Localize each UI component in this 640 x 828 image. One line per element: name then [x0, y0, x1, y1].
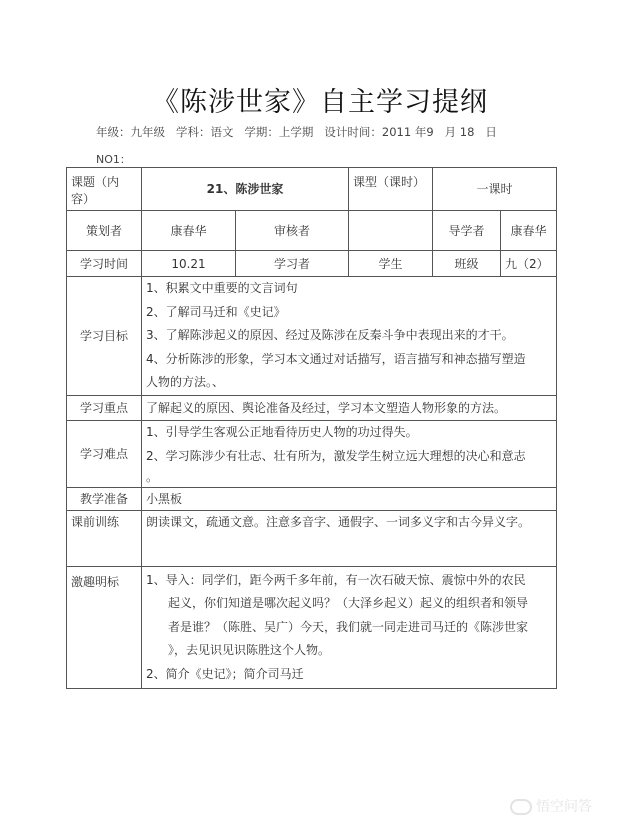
wukong-logo-icon	[510, 799, 532, 815]
difficulty-item: 2、学习陈涉少有壮志、壮有所为，激发学生树立远大理想的决心和意志	[146, 445, 552, 469]
time-value: 10.21	[142, 251, 236, 277]
goals-label: 学习目标	[67, 277, 142, 396]
difficulty-label: 学习难点	[67, 420, 142, 487]
motivate-item: 1、导入：同学们，距今两千多年前，有一次石破天惊、震惊中外的农民	[146, 569, 552, 593]
topic-value: 21、陈涉世家	[142, 168, 349, 211]
document-title: 《陈涉世家》自主学习提纲	[0, 80, 640, 119]
goal-item: 2、了解司马迁和《史记》	[146, 301, 552, 325]
table-row: 教学准备 小黑板	[67, 487, 557, 510]
difficulty-content: 1、引导学生客观公正地看待历史人物的功过得失。 2、学习陈涉少有壮志、壮有所为，…	[142, 420, 557, 487]
class-label: 班级	[433, 251, 501, 277]
table-row: 学习难点 1、引导学生客观公正地看待历史人物的功过得失。 2、学习陈涉少有壮志、…	[67, 420, 557, 487]
type-value: 一课时	[433, 168, 557, 211]
pretrain-label: 课前训练	[67, 510, 142, 566]
prep-label: 教学准备	[67, 487, 142, 510]
topic-label: 课题（内容）	[67, 168, 142, 211]
motivate-item: 》，去见识见识陈胜这个人物。	[146, 639, 552, 663]
number-label: NO1：	[96, 151, 131, 167]
learner-label: 学习者	[236, 251, 349, 277]
difficulty-item: 。	[146, 468, 552, 486]
table-row: 课题（内容） 21、陈涉世家 课型（课时） 一课时	[67, 168, 557, 211]
prep-value: 小黑板	[142, 487, 557, 510]
motivate-item: 起义，你们知道是哪次起义吗？（大泽乡起义）起义的组织者和领导	[146, 592, 552, 616]
lesson-plan-table: 课题（内容） 21、陈涉世家 课型（课时） 一课时 策划者 康春华 审核者 导学…	[66, 167, 557, 689]
motivate-content: 1、导入：同学们，距今两千多年前，有一次石破天惊、震惊中外的农民 起义，你们知道…	[142, 566, 557, 688]
table-row: 策划者 康春华 审核者 导学者 康春华	[67, 211, 557, 251]
motivate-item: 2、简介《史记》；简介司马迁	[146, 663, 552, 687]
guide-value: 康春华	[501, 211, 557, 251]
focus-value: 了解起义的原因、舆论准备及经过，学习本文塑造人物形象的方法。	[142, 395, 557, 420]
difficulty-item: 1、引导学生客观公正地看待历史人物的功过得失。	[146, 421, 552, 445]
goal-item: 4、分析陈涉的形象，学习本文通过对话描写，语言描写和神态描写塑造	[146, 348, 552, 372]
guide-label: 导学者	[433, 211, 501, 251]
goal-item: 人物的方法。、	[146, 371, 552, 395]
goal-item: 3、了解陈涉起义的原因、经过及陈涉在反秦斗争中表现出来的才干。	[146, 324, 552, 348]
table-row: 课前训练 朗读课文，疏通文意。注意多音字、通假字、一词多义字和古今异义字。	[67, 510, 557, 566]
type-label: 课型（课时）	[349, 168, 433, 211]
meta-line: 年级：九年级 学科：语文 学期：上学期 设计时间：2011 年9 月 18 日	[96, 124, 497, 140]
pretrain-value: 朗读课文，疏通文意。注意多音字、通假字、一词多义字和古今异义字。	[142, 510, 557, 566]
table-row: 学习重点 了解起义的原因、舆论准备及经过，学习本文塑造人物形象的方法。	[67, 395, 557, 420]
goal-item: 1、积累文中重要的文言词句	[146, 277, 552, 301]
reviewer-value	[349, 211, 433, 251]
reviewer-label: 审核者	[236, 211, 349, 251]
watermark: 悟空问答	[510, 796, 592, 816]
goals-content: 1、积累文中重要的文言词句 2、了解司马迁和《史记》 3、了解陈涉起义的原因、经…	[142, 277, 557, 396]
planner-value: 康春华	[142, 211, 236, 251]
table-row: 学习目标 1、积累文中重要的文言词句 2、了解司马迁和《史记》 3、了解陈涉起义…	[67, 277, 557, 396]
focus-label: 学习重点	[67, 395, 142, 420]
motivate-item: 者是谁？（陈胜、吴广）今天，我们就一同走进司马迁的《陈涉世家	[146, 616, 552, 640]
time-label: 学习时间	[67, 251, 142, 277]
planner-label: 策划者	[67, 211, 142, 251]
learner-value: 学生	[349, 251, 433, 277]
table-row: 激趣明标 1、导入：同学们，距今两千多年前，有一次石破天惊、震惊中外的农民 起义…	[67, 566, 557, 688]
motivate-label: 激趣明标	[67, 566, 142, 688]
watermark-text: 悟空问答	[536, 799, 592, 815]
class-value: 九（2）	[501, 251, 557, 277]
table-row: 学习时间 10.21 学习者 学生 班级 九（2）	[67, 251, 557, 277]
